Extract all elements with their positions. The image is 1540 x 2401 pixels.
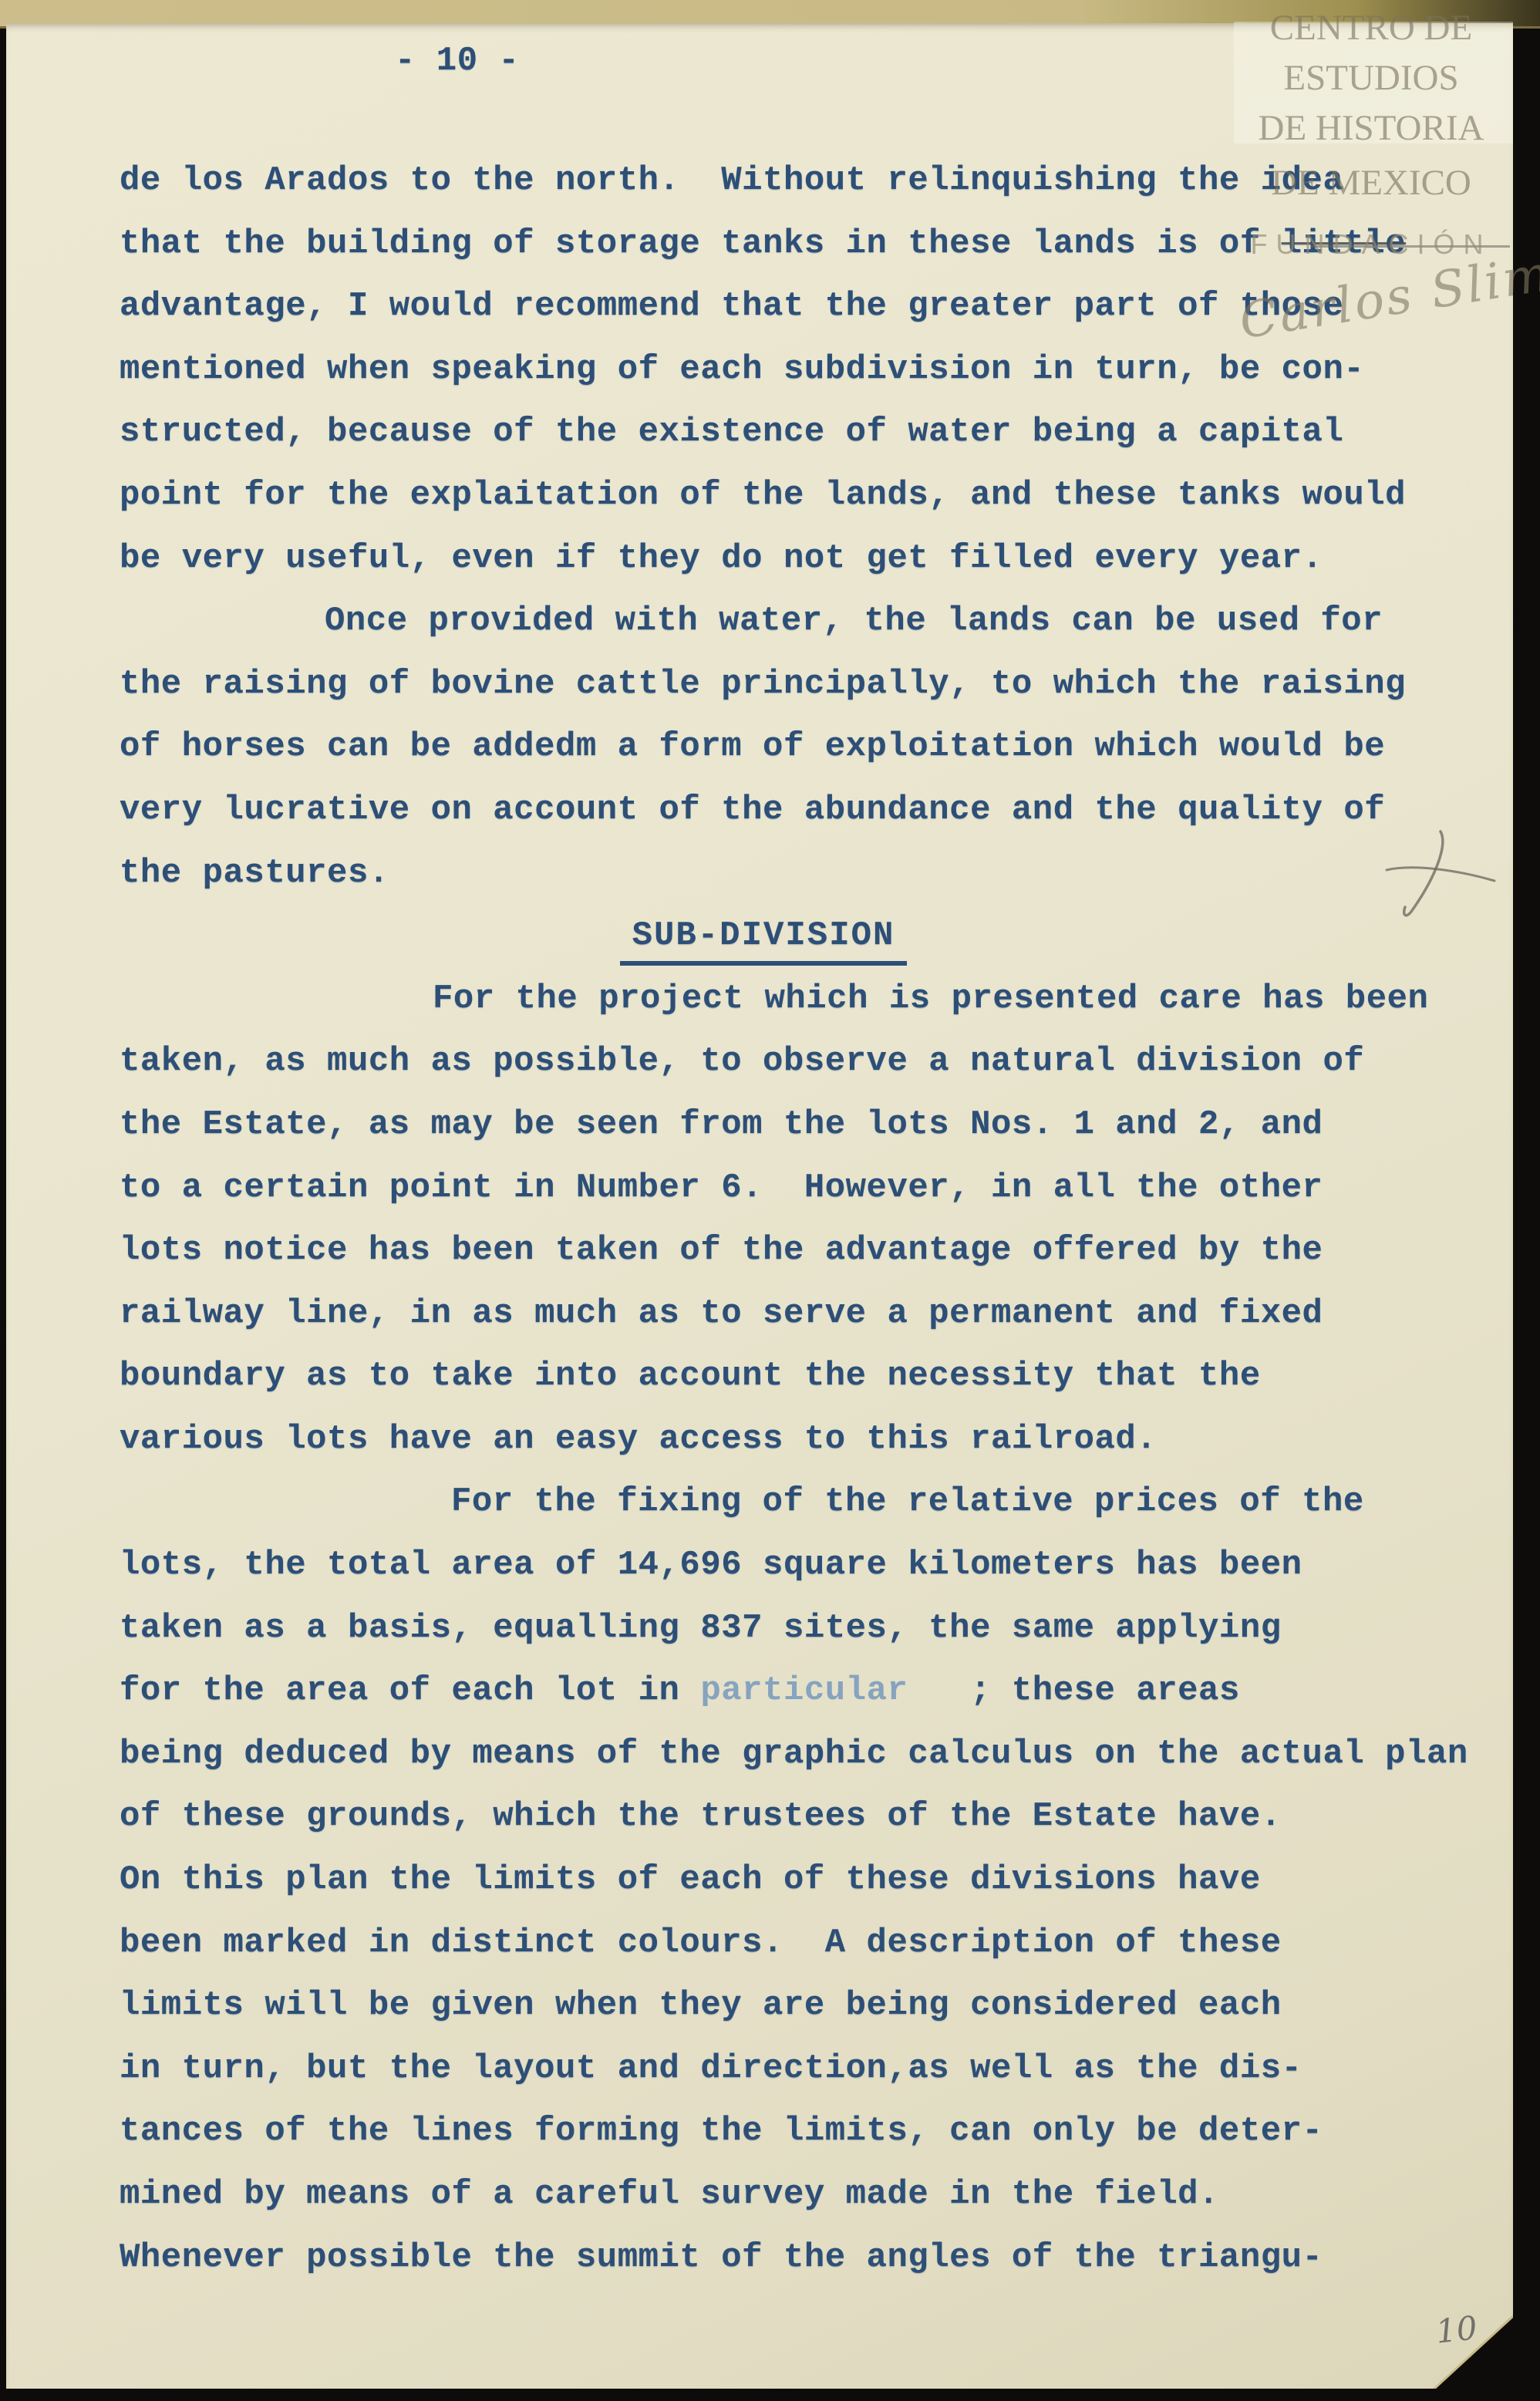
typed-line-segment: for the area of each lot in xyxy=(120,1671,700,1710)
typed-line: to a certain point in Number 6. However,… xyxy=(120,1165,1500,1229)
section-heading: SUB-DIVISION xyxy=(620,913,908,966)
typed-line: tances of the lines forming the limits, … xyxy=(120,2109,1500,2172)
typed-line: Once provided with water, the lands can … xyxy=(120,599,1500,662)
typed-line: For the fixing of the relative prices of… xyxy=(120,1479,1500,1543)
typed-line: the raising of bovine cattle principally… xyxy=(120,662,1500,725)
typed-line-segment: ; these areas xyxy=(908,1671,1239,1710)
typed-line: limits will be given when they are being… xyxy=(120,1983,1500,2046)
typed-line: For the project which is presented care … xyxy=(120,976,1500,1040)
typed-line: the Estate, as may be seen from the lots… xyxy=(120,1102,1500,1165)
watermark-highlight-overlay xyxy=(1234,22,1513,143)
typed-line: lots notice has been taken of the advant… xyxy=(120,1228,1500,1291)
typed-line: structed, because of the existence of wa… xyxy=(120,410,1500,473)
typed-line: be very useful, even if they do not get … xyxy=(120,536,1500,599)
typed-line: in turn, but the layout and direction,as… xyxy=(120,2046,1500,2109)
typed-line: mined by means of a careful survey made … xyxy=(120,2172,1500,2235)
typed-line: of horses can be addedm a form of exploi… xyxy=(120,724,1500,787)
typed-line: of these grounds, which the trustees of … xyxy=(120,1794,1500,1857)
handwritten-page-number: 10 xyxy=(1434,2308,1479,2350)
typed-line: point for the explaitation of the lands,… xyxy=(120,473,1500,536)
faded-word: particular xyxy=(700,1671,908,1710)
typed-line-segment: that the building of storage tanks in th… xyxy=(120,224,1282,263)
typed-line: Whenever possible the summit of the angl… xyxy=(120,2235,1500,2298)
typed-line: railway line, in as much as to serve a p… xyxy=(120,1291,1500,1354)
typed-line: de los Arados to the north. Without reli… xyxy=(120,158,1500,221)
typed-line: being deduced by means of the graphic ca… xyxy=(120,1732,1500,1795)
typed-line: advantage, I would recommend that the gr… xyxy=(120,284,1500,347)
typed-line: boundary as to take into account the nec… xyxy=(120,1354,1500,1417)
struck-word: little xyxy=(1282,224,1406,263)
heading-row: SUB-DIVISION xyxy=(120,913,1500,976)
typed-line: that the building of storage tanks in th… xyxy=(120,221,1500,285)
pencil-x-mark xyxy=(1380,825,1504,926)
typed-line: On this plan the limits of each of these… xyxy=(120,1857,1500,1920)
typed-line: taken, as much as possible, to observe a… xyxy=(120,1039,1500,1102)
typed-line: mentioned when speaking of each subdivis… xyxy=(120,347,1500,410)
typed-text-block: de los Arados to the north. Without reli… xyxy=(120,158,1500,2298)
typed-line: taken as a basis, equalling 837 sites, t… xyxy=(120,1606,1500,1669)
typed-line: lots, the total area of 14,696 square ki… xyxy=(120,1543,1500,1606)
typed-line: various lots have an easy access to this… xyxy=(120,1417,1500,1480)
pencil-strike-line xyxy=(1311,245,1510,248)
scanned-document-canvas: - 10 - de los Arados to the north. Witho… xyxy=(0,0,1540,2401)
typed-line: been marked in distinct colours. A descr… xyxy=(120,1920,1500,1984)
page-number: - 10 - xyxy=(395,42,519,80)
document-page: - 10 - de los Arados to the north. Witho… xyxy=(6,23,1513,2389)
typed-line: for the area of each lot in particular ;… xyxy=(120,1668,1500,1732)
typed-line: very lucrative on account of the abundan… xyxy=(120,787,1500,851)
typed-line: the pastures. xyxy=(120,851,1500,914)
